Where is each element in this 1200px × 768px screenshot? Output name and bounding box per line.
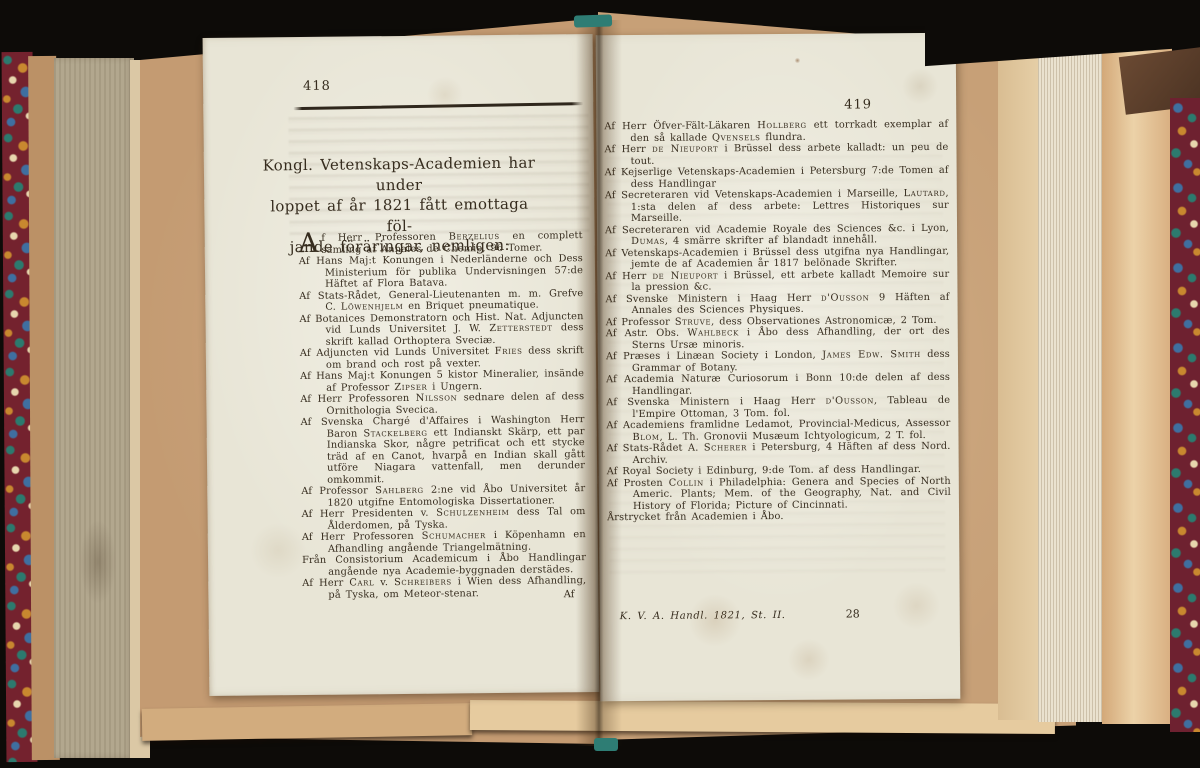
donation-entry: Af Botanices Demonstratorn och Hist. Nat… (299, 311, 583, 348)
page-stack-cream-right (998, 48, 1040, 720)
donation-entry: Af Secreteraren vid Academie Royale des … (605, 222, 949, 247)
donation-entry: Af Adjuncten vid Lunds Universitet Fries… (300, 345, 584, 371)
donation-entry: Af Prosten Collin i Philadelphia: Genera… (607, 475, 951, 512)
donation-entry: Af Svenske Ministern i Haag Herr d'Ousso… (605, 291, 949, 316)
header-rule (293, 102, 583, 110)
donation-entry: Af Kejserlige Vetenskaps-Academien i Pet… (605, 165, 949, 190)
page-stack-gray-left (54, 58, 134, 758)
catchword: Af (508, 589, 574, 601)
donation-entry: Af Academia Naturæ Curiosorum i Bonn 10:… (606, 372, 950, 397)
donation-entry: Af Præses i Linæan Society i London, Jam… (606, 349, 950, 374)
page-edges-right (1038, 40, 1104, 722)
donation-entry: Af Hans Maj:t Konungen i Nederländerne o… (299, 253, 583, 290)
donation-entry: Af Herr de Nieuport i Brüssel, ett arbet… (605, 268, 949, 293)
donation-entry: Af Herr Presidenten v. Schulzenheim dess… (302, 506, 586, 532)
spine-cloth-top (574, 14, 612, 27)
marbled-cover-right (1170, 98, 1200, 732)
donation-entry: Af Svenska Ministern i Haag Herr d'Ousso… (606, 395, 950, 420)
page-418-sheet: 418 Kongl. Vetenskaps-Academien har unde… (203, 34, 600, 696)
donation-entry: Från Consistorium Academicum i Åbo Handl… (302, 552, 586, 578)
donation-entry: Af Herr Professoren Nilsson sednare dele… (300, 391, 584, 417)
bottom-page-edge-right (470, 700, 1055, 734)
donation-entry: Af Professor Sahlberg 2:ne vid Åbo Unive… (301, 483, 585, 509)
donation-entry: Af Hans Maj:t Konungen 5 kistor Minerali… (300, 368, 584, 394)
donation-entry: Af Herr Professoren Berzelius en complet… (299, 230, 583, 256)
signature-number: 28 (846, 607, 860, 620)
drop-cap-A: A (299, 233, 319, 254)
donation-entry: Af Stats-Rådet A. Scherer i Petersburg, … (607, 441, 951, 466)
donations-list-left: Af Herr Professoren Berzelius en complet… (299, 230, 587, 601)
page-footer: K. V. A. Handl. 1821, St. II. 28 (600, 609, 952, 627)
heading-line-1: Kongl. Vetenskaps-Academien har under (259, 153, 539, 197)
donation-entry: Årstrycket från Academien i Åbo. (607, 510, 951, 524)
donation-entry: Af Secreteraren vid Vetenskaps-Academien… (605, 188, 949, 225)
imprint-footer: K. V. A. Handl. 1821, St. II. (620, 610, 786, 622)
donation-entry: Af Herr Professoren Schumacher i Köpenha… (302, 529, 586, 555)
page-number-418: 418 (303, 79, 331, 94)
donation-entry: Af Svenska Chargé d'Affaires i Washingto… (301, 414, 586, 486)
donation-entry: Af Herr Öfver-Fält-Läkaren Hollberg ett … (604, 119, 948, 144)
donation-entry: Af Vetenskaps-Academien i Brüssel dess u… (605, 245, 949, 270)
spine-cloth-bottom (594, 738, 618, 751)
donation-entry: Af Stats-Rådet, General-Lieutenanten m. … (299, 288, 583, 314)
endpaper-right (1102, 34, 1172, 724)
bottom-page-edge-left (142, 703, 473, 741)
book-photo-scene: 418 Kongl. Vetenskaps-Academien har unde… (0, 0, 1200, 768)
donation-entry: Af Astr. Obs. Wahlbeck i Åbo dess Afhand… (606, 326, 950, 351)
page-419-sheet: 419 Af Herr Öfver-Fält-Läkaren Hollberg … (596, 33, 961, 701)
donations-list-right: Af Herr Öfver-Fält-Läkaren Hollberg ett … (604, 119, 951, 524)
donation-entry: Af Herr de Nieuport i Brüssel dess arbet… (604, 142, 948, 167)
page-number-419: 419 (844, 97, 872, 112)
donation-entry: Af Academiens framlidne Ledamot, Provinc… (606, 418, 950, 443)
